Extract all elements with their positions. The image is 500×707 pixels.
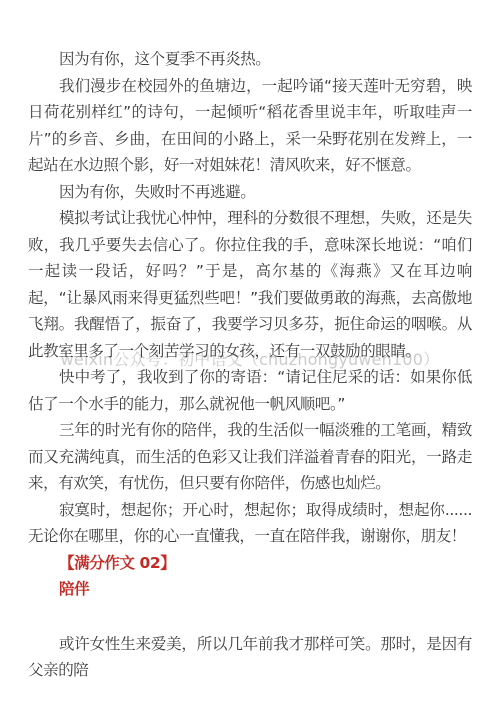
essay-paragraph: 三年的时光有你的陪伴，我的生活似一幅淡雅的工笔画，精致而又充满纯真，而生活的色彩… [28,417,472,497]
essay-paragraph: 或许女性生来爱美，所以几年前我才那样可笑。那时，是因有父亲的陪 [28,631,472,684]
essay-title: 陪伴 [28,576,472,603]
essay-body: 因为有你，这个夏季不再炎热。 我们漫步在校园外的鱼塘边，一起吟诵“接天莲叶无穷碧… [28,46,472,684]
essay-paragraph: 模拟考试让我忧心忡忡，理科的分数很不理想，失败，还是失败，我几乎要失去信心了。你… [28,205,472,364]
essay-paragraph: 寂寞时，想起你；开心时，想起你；取得成绩时，想起你......无论你在哪里，你的… [28,497,472,550]
essay-paragraph: 因为有你，这个夏季不再炎热。 [28,46,472,73]
essay-paragraph: 快中考了，我收到了你的寄语：“请记住尼采的话：如果你低估了一个水手的能力，那么就… [28,364,472,417]
document-page: { "page": { "background_color": "#ffffff… [0,0,500,707]
page-content: 因为有你，这个夏季不再炎热。 我们漫步在校园外的鱼塘边，一起吟诵“接天莲叶无穷碧… [0,0,500,684]
section-heading: 【满分作文 02】 [28,550,472,577]
essay-paragraph: 因为有你，失败时不再逃避。 [28,179,472,206]
essay-paragraph: 我们漫步在校园外的鱼塘边，一起吟诵“接天莲叶无穷碧，映日荷花别样红”的诗句，一起… [28,73,472,179]
